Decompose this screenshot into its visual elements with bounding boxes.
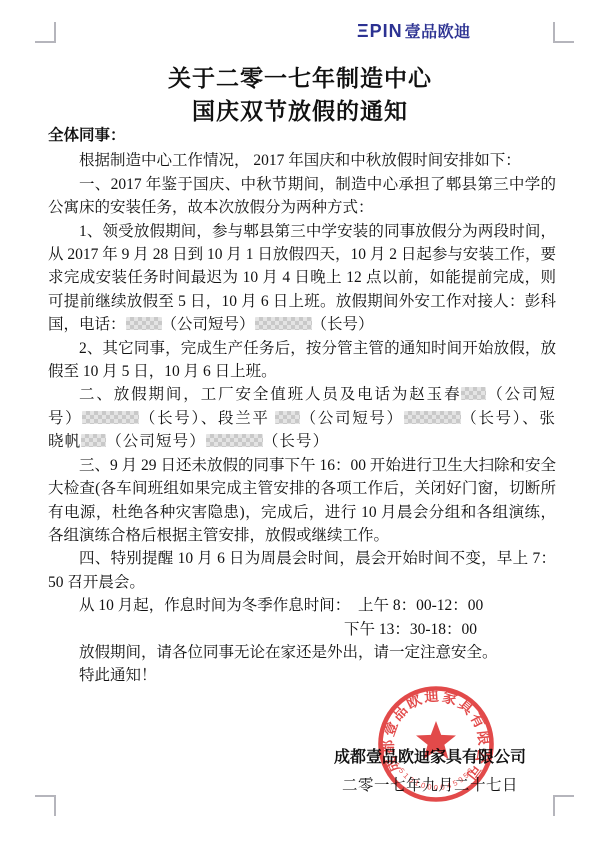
paragraph: 三、9 月 29 日还未放假的同事下午 16：00 开始进行卫生大扫除和安全大检… — [48, 454, 556, 548]
company-seal-stamp: 成都壹品欧迪家具有限公司 5101000045958 — [376, 684, 496, 804]
seal-icon: 成都壹品欧迪家具有限公司 5101000045958 — [376, 684, 496, 804]
seal-serial-digit: 0 — [427, 782, 432, 792]
seal-serial-digit: 0 — [434, 783, 438, 792]
redacted-phone-number — [461, 387, 486, 400]
scan-corner-mark — [553, 795, 574, 816]
redacted-phone-number — [255, 317, 312, 330]
paragraph: 1、领受放假期间，参与郫县第三中学安装的同事放假分为两段时间，从 2017 年 … — [48, 220, 556, 337]
scan-corner-mark — [35, 795, 56, 816]
redacted-phone-number — [126, 317, 162, 330]
redacted-phone-number — [81, 434, 106, 447]
redacted-phone-number — [404, 411, 461, 424]
paragraph: 四、特别提醒 10 月 6 日为周晨会时间，晨会开始时间不变，早上 7：50 召… — [48, 547, 556, 594]
logo-chinese-name: 壹品欧迪 — [405, 24, 471, 41]
redacted-phone-number — [275, 411, 300, 424]
seal-serial-digit: 0 — [420, 781, 427, 791]
document-title: 关于二零一七年制造中心 国庆双节放假的通知 — [0, 62, 600, 128]
paragraph: 一、2017 年鉴于国庆、中秋节期间，制造中心承担了郫县第三中学的公寓床的安装任… — [48, 173, 556, 220]
paragraph: 下午 13：30-18：00 — [344, 618, 556, 641]
paragraph: 2、其它同事，完成生产任务后，按分管主管的通知时间开始放假，放假至 10 月 5… — [48, 337, 556, 384]
paragraph-list: 根据制造中心工作情况， 2017 年国庆和中秋放假时间安排如下：一、2017 年… — [48, 149, 556, 687]
salutation: 全体同事： — [48, 124, 556, 147]
notice-body: 全体同事： 根据制造中心工作情况， 2017 年国庆和中秋放假时间安排如下：一、… — [48, 124, 556, 688]
scan-corner-mark — [35, 22, 56, 43]
seal-star-icon — [416, 721, 456, 759]
paragraph: 二、放假期间，工厂安全值班人员及电话为赵玉春（公司短号）（长号）、段兰平 （公司… — [48, 383, 556, 453]
redacted-phone-number — [82, 411, 139, 424]
seal-serial-digit: 0 — [440, 782, 445, 792]
redacted-phone-number — [206, 434, 263, 447]
notice-document: ΞPIN壹品欧迪 关于二零一七年制造中心 国庆双节放假的通知 全体同事： 根据制… — [0, 0, 600, 847]
paragraph: 放假期间，请各位同事无论在家还是外出，请一定注意安全。 — [48, 641, 556, 664]
seal-serial-number: 5101000045958 — [397, 766, 475, 792]
scan-corner-mark — [553, 22, 574, 43]
paragraph: 从 10 月起，作息时间为冬季作息时间： 上午 8：00-12：00 — [48, 594, 556, 617]
title-line-1: 关于二零一七年制造中心 — [0, 62, 600, 95]
logo-latin-icon: ΞPIN — [357, 21, 403, 41]
paragraph: 根据制造中心工作情况， 2017 年国庆和中秋放假时间安排如下： — [48, 149, 556, 172]
company-logo: ΞPIN壹品欧迪 — [357, 19, 471, 42]
